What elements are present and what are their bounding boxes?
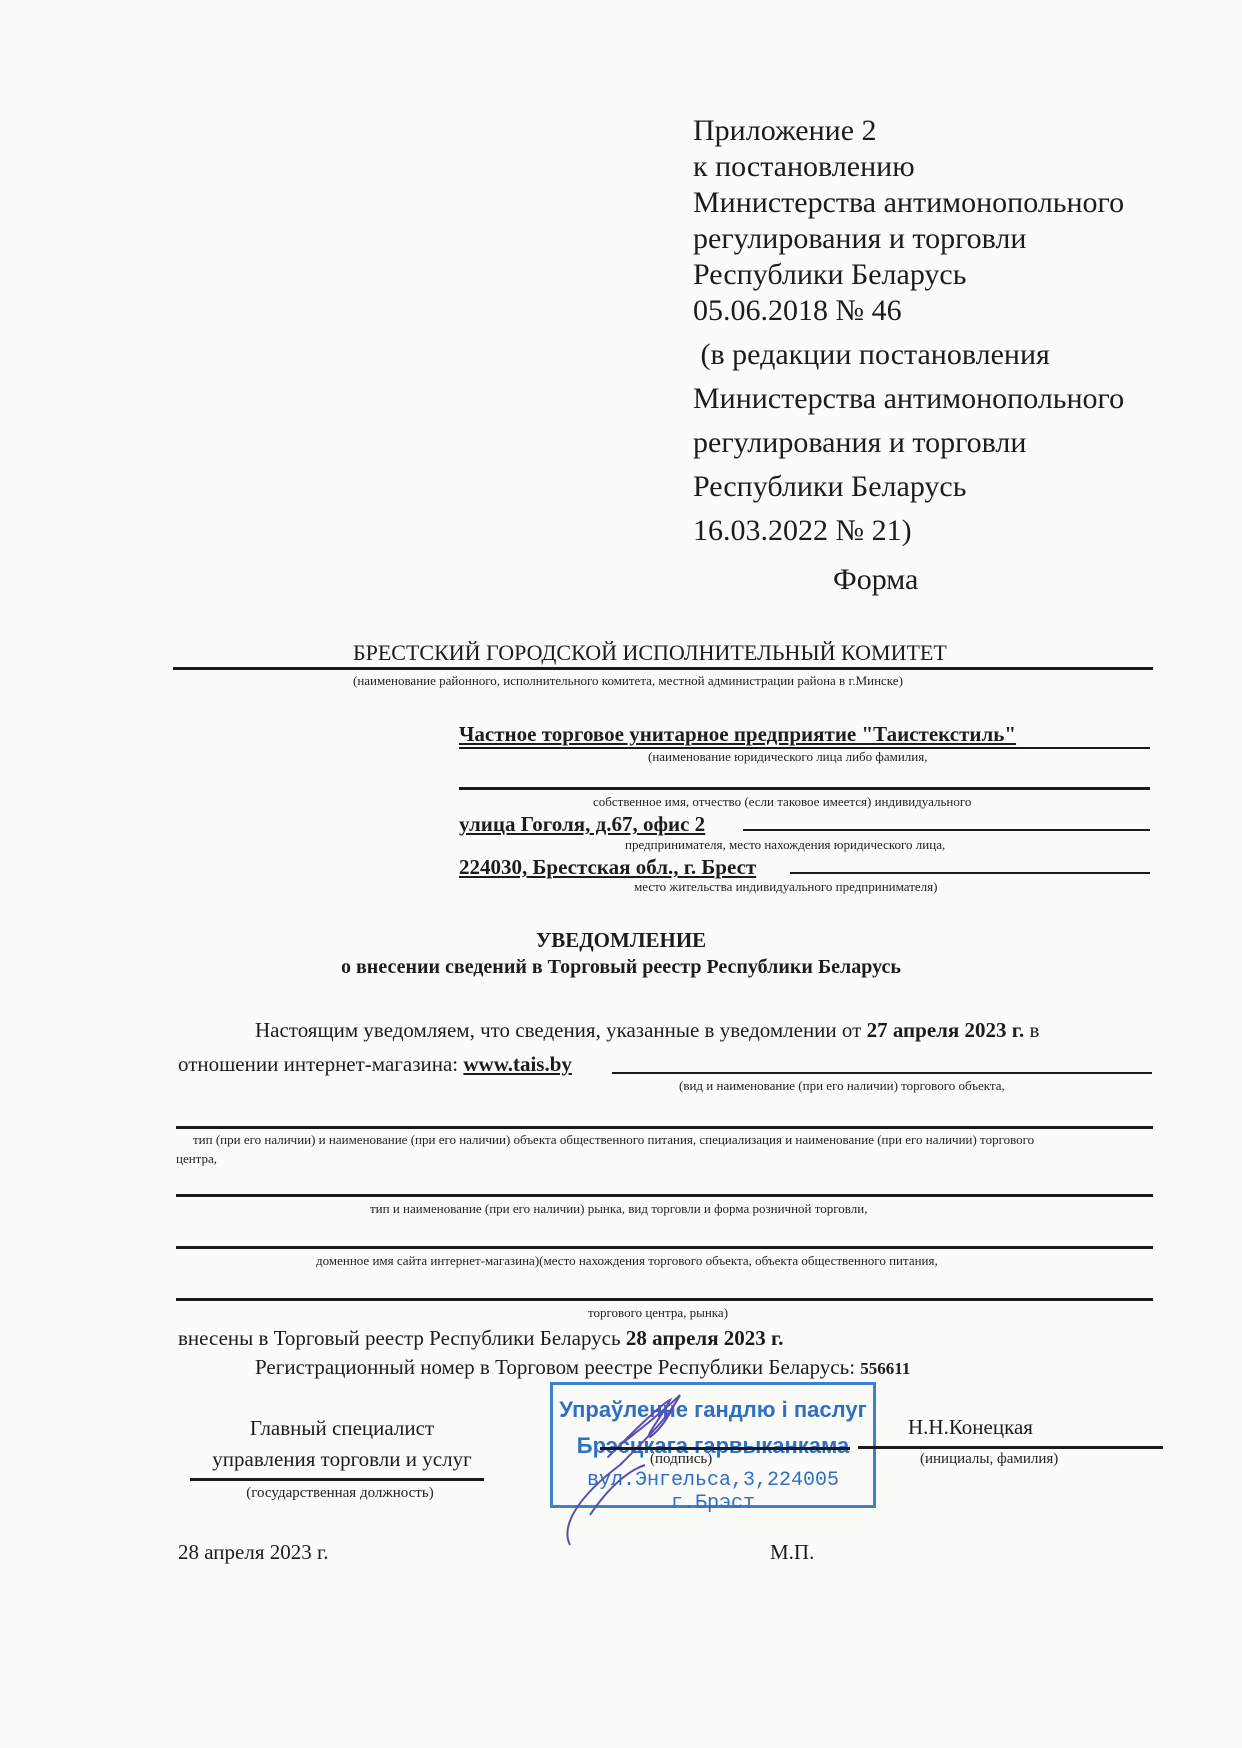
authority-caption: (наименование районного, исполнительного… bbox=[353, 673, 903, 689]
signature-caption: (подпись) bbox=[650, 1451, 712, 1468]
position-caption: (государственная должность) bbox=[190, 1485, 490, 1502]
signatory-name-line bbox=[858, 1446, 1163, 1449]
appendix-line: к постановлению bbox=[693, 149, 1124, 185]
domain-line bbox=[176, 1246, 1153, 1249]
applicant-caption-3: предпринимателя, место нахождения юридич… bbox=[625, 837, 945, 853]
intro-suffix: в bbox=[1024, 1018, 1039, 1042]
form-label: Форма bbox=[833, 563, 918, 597]
registration-number: 556611 bbox=[860, 1359, 910, 1378]
center-line bbox=[176, 1298, 1153, 1301]
appendix-line: Республики Беларусь bbox=[693, 469, 1124, 505]
applicant-caption-4: место жительства индивидуального предпри… bbox=[634, 879, 937, 895]
market-line bbox=[176, 1194, 1153, 1197]
appendix-line: Приложение 2 bbox=[693, 113, 1124, 149]
applicant-caption-1: (наименование юридического лица либо фам… bbox=[648, 749, 927, 765]
caption-object: (вид и наименование (при его наличии) то… bbox=[679, 1078, 1005, 1094]
intro-paragraph: Настоящим уведомляем, что сведения, указ… bbox=[255, 1018, 1039, 1043]
appendix-line: 05.06.2018 № 46 bbox=[693, 293, 1124, 329]
appendix-line: Республики Беларусь bbox=[693, 257, 1124, 293]
signatory-name: Н.Н.Конецкая bbox=[908, 1415, 1033, 1440]
applicant-address-2-line bbox=[790, 872, 1150, 874]
caption-domain: доменное имя сайта интернет-магазина)(ме… bbox=[316, 1253, 938, 1269]
applicant-blank-line bbox=[459, 787, 1150, 790]
position-title-1: Главный специалист bbox=[192, 1416, 492, 1441]
signature-date: 28 апреля 2023 г. bbox=[178, 1540, 329, 1565]
signatory-caption: (инициалы, фамилия) bbox=[920, 1451, 1058, 1468]
seal-label: М.П. bbox=[770, 1540, 814, 1565]
appendix-line: Министерства антимонопольного bbox=[693, 381, 1124, 417]
applicant-address-1: улица Гоголя, д.67, офис 2 bbox=[459, 812, 705, 837]
object-prefix: отношении интернет-магазина: bbox=[178, 1052, 463, 1076]
applicant-address-1-line bbox=[743, 829, 1150, 831]
position-line bbox=[190, 1478, 484, 1481]
intro-date: 27 апреля 2023 г. bbox=[867, 1018, 1025, 1042]
entered-prefix: внесены в Торговый реестр Республики Бел… bbox=[178, 1326, 626, 1350]
object-line-underline bbox=[612, 1072, 1152, 1074]
document-title: УВЕДОМЛЕНИЕ bbox=[0, 928, 1242, 953]
appendix-line: (в редакции постановления bbox=[693, 337, 1124, 373]
caption-market: тип и наименование (при его наличии) рын… bbox=[370, 1201, 867, 1217]
caption-catering-2: центра, bbox=[176, 1151, 217, 1167]
applicant-name: Частное торговое унитарное предприятие "… bbox=[459, 722, 1016, 747]
entered-line: внесены в Торговый реестр Республики Бел… bbox=[178, 1326, 783, 1351]
appendix-line: Министерства антимонопольного bbox=[693, 185, 1124, 221]
appendix-line: 16.03.2022 № 21) bbox=[693, 513, 1124, 549]
signature-line bbox=[600, 1447, 850, 1450]
appendix-line: регулирования и торговли bbox=[693, 425, 1124, 461]
authority-name: БРЕСТСКИЙ ГОРОДСКОЙ ИСПОЛНИТЕЛЬНЫЙ КОМИТ… bbox=[353, 640, 947, 666]
document-subtitle: о внесении сведений в Торговый реестр Ре… bbox=[0, 956, 1242, 979]
position-title-2: управления торговли и услуг bbox=[192, 1447, 492, 1472]
applicant-caption-2: собственное имя, отчество (если таковое … bbox=[593, 794, 971, 810]
object-value: www.tais.by bbox=[463, 1052, 572, 1076]
entered-date: 28 апреля 2023 г. bbox=[626, 1326, 784, 1350]
catering-line bbox=[176, 1126, 1153, 1129]
applicant-address-2: 224030, Брестская обл., г. Брест bbox=[459, 855, 756, 880]
object-line: отношении интернет-магазина: www.tais.by bbox=[178, 1052, 572, 1077]
caption-center: торгового центра, рынка) bbox=[588, 1305, 728, 1321]
appendix-line: регулирования и торговли bbox=[693, 221, 1124, 257]
appendix-header: Приложение 2 к постановлению Министерств… bbox=[693, 113, 1124, 549]
caption-catering: тип (при его наличии) и наименование (пр… bbox=[193, 1132, 1034, 1148]
intro-prefix: Настоящим уведомляем, что сведения, указ… bbox=[255, 1018, 867, 1042]
authority-underline bbox=[173, 667, 1153, 670]
